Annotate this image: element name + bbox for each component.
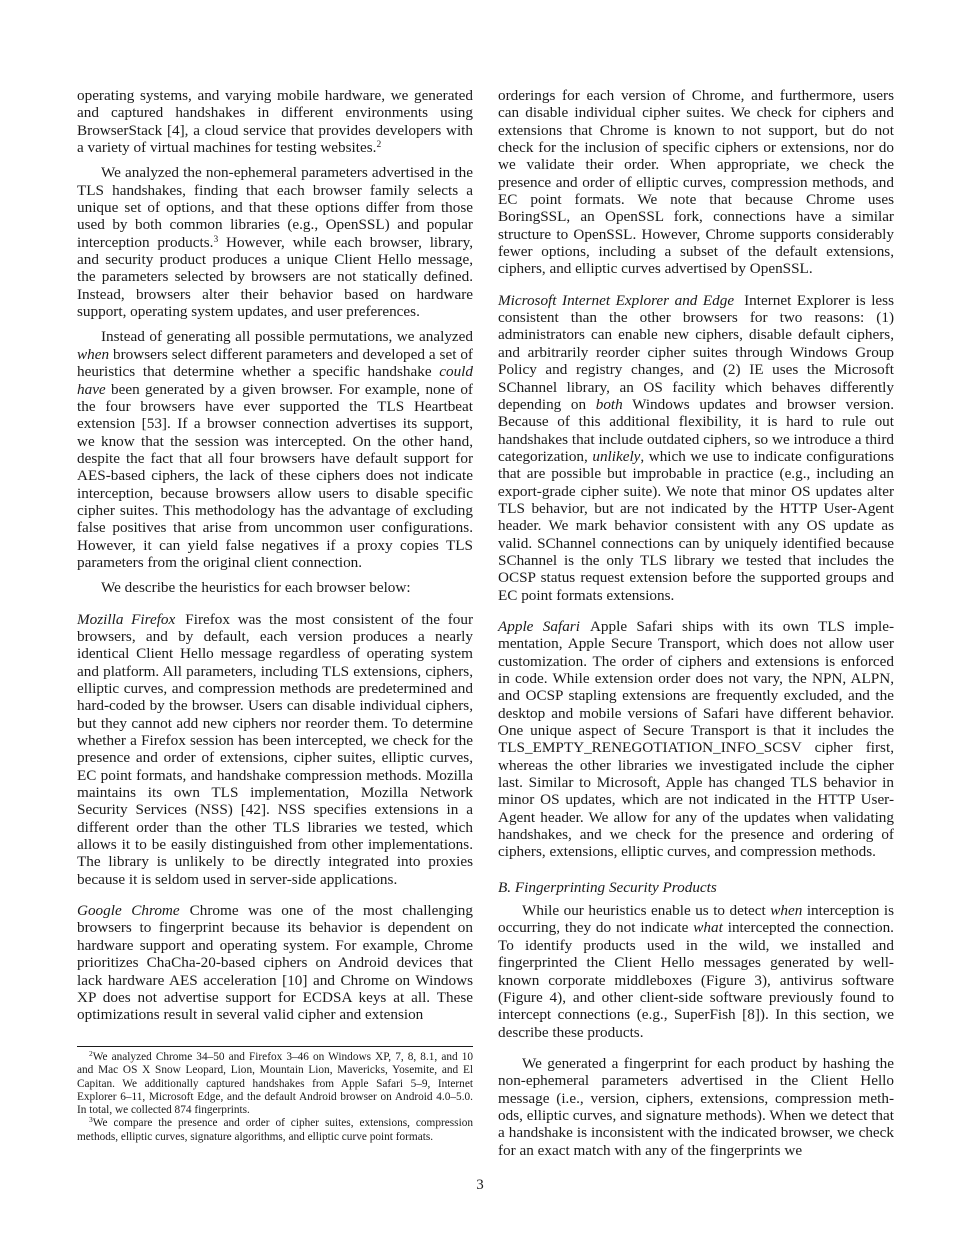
runin-heading-ie-edge: Microsoft Internet Explorer and Edge [498, 292, 734, 309]
paragraph-chrome: Google ChromeChrome was one of the most … [77, 902, 473, 1023]
footnote-2: 2We analyzed Chrome 34–50 and Firefox 3–… [77, 1051, 473, 1117]
right-column: orderings for each version of Chrome, an… [498, 87, 894, 1159]
paragraph-fingerprint-generation: We generated a fingerprint for each prod… [498, 1055, 894, 1159]
runin-heading-chrome: Google Chrome [77, 902, 180, 919]
paragraph-ie-edge: Microsoft Internet Explorer and EdgeInte… [498, 292, 894, 604]
left-column: operating systems, and varying mobile ha… [77, 87, 473, 1024]
footnotes: 2We analyzed Chrome 34–50 and Firefox 3–… [77, 1046, 473, 1144]
section-heading-b: B. Fingerprinting Security Products [498, 879, 894, 896]
runin-heading-firefox: Mozilla Firefox [77, 611, 175, 628]
paragraph-section-b-intro: While our heuristics enable us to detect… [498, 902, 894, 1041]
footnote-3: 3We compare the presence and order of ci… [77, 1117, 473, 1144]
paragraph-non-ephemeral: We analyzed the non-ephemeral parameters… [77, 164, 473, 320]
paragraph-heuristics: Instead of generating all possible permu… [77, 328, 473, 571]
runin-heading-safari: Apple Safari [498, 618, 580, 635]
paragraph-intro-continuation: operating systems, and varying mobile ha… [77, 87, 473, 156]
paragraph-describe: We describe the heuristics for each brow… [77, 579, 473, 596]
paragraph-chrome-continuation: orderings for each version of Chrome, an… [498, 87, 894, 278]
paragraph-safari: Apple SafariApple Safari ships with its … [498, 618, 894, 861]
page-number: 3 [0, 1177, 960, 1194]
footnote-rule [77, 1046, 473, 1047]
footnote-marker: 2 [376, 140, 381, 150]
paragraph-firefox: Mozilla FirefoxFirefox was the most cons… [77, 611, 473, 889]
